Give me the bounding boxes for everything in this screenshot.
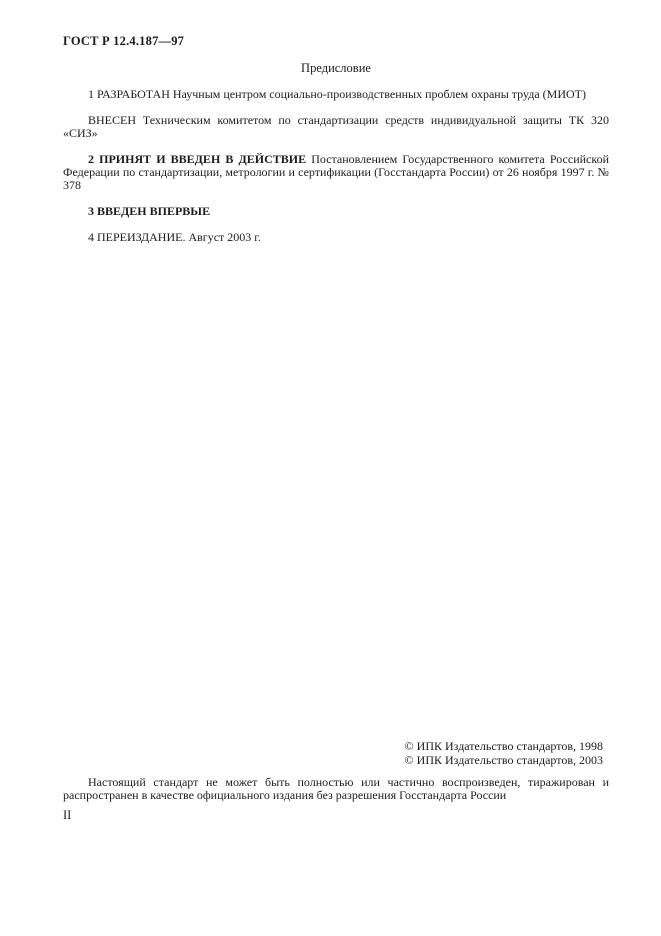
preface-item-text: Техническим комитетом по стандартизации … — [63, 113, 609, 140]
preface-title: Предисловие — [63, 62, 609, 75]
preface-item-developed: 1 РАЗРАБОТАН Научным центром социально-п… — [63, 88, 609, 101]
document-page: ГОСТ Р 12.4.187—97 Предисловие 1 РАЗРАБО… — [0, 0, 661, 936]
preface-item-adopted: 2 ПРИНЯТ И ВВЕДЕН В ДЕЙСТВИЕ Постановлен… — [63, 153, 609, 192]
copyright-line-1998: © ИПК Издательство стандартов, 1998 — [405, 740, 603, 754]
page-content: ГОСТ Р 12.4.187—97 Предисловие 1 РАЗРАБО… — [0, 0, 661, 244]
preface-item-label: 2 ПРИНЯТ И ВВЕДЕН В ДЕЙСТВИЕ — [88, 152, 306, 166]
preface-item-label: 1 РАЗРАБОТАН — [88, 87, 170, 101]
preface-item-label: 4 ПЕРЕИЗДАНИЕ. — [88, 230, 185, 244]
preface-item-submitted: ВНЕСЕН Техническим комитетом по стандарт… — [63, 114, 609, 140]
preface-item-label: 3 ВВЕДЕН ВПЕРВЫЕ — [88, 204, 210, 218]
copyright-block: © ИПК Издательство стандартов, 1998 © ИП… — [405, 740, 603, 767]
reproduction-disclaimer: Настоящий стандарт не может быть полност… — [63, 776, 609, 802]
document-code-header: ГОСТ Р 12.4.187—97 — [63, 35, 609, 48]
preface-item-text: Научным центром социально-производственн… — [173, 87, 586, 101]
copyright-line-2003: © ИПК Издательство стандартов, 2003 — [405, 754, 603, 768]
preface-item-first-introduced: 3 ВВЕДЕН ВПЕРВЫЕ — [63, 205, 609, 218]
preface-item-reissue: 4 ПЕРЕИЗДАНИЕ. Август 2003 г. — [63, 231, 609, 244]
page-number: II — [63, 809, 71, 822]
preface-item-text: Август 2003 г. — [188, 230, 260, 244]
preface-item-label: ВНЕСЕН — [88, 113, 136, 127]
